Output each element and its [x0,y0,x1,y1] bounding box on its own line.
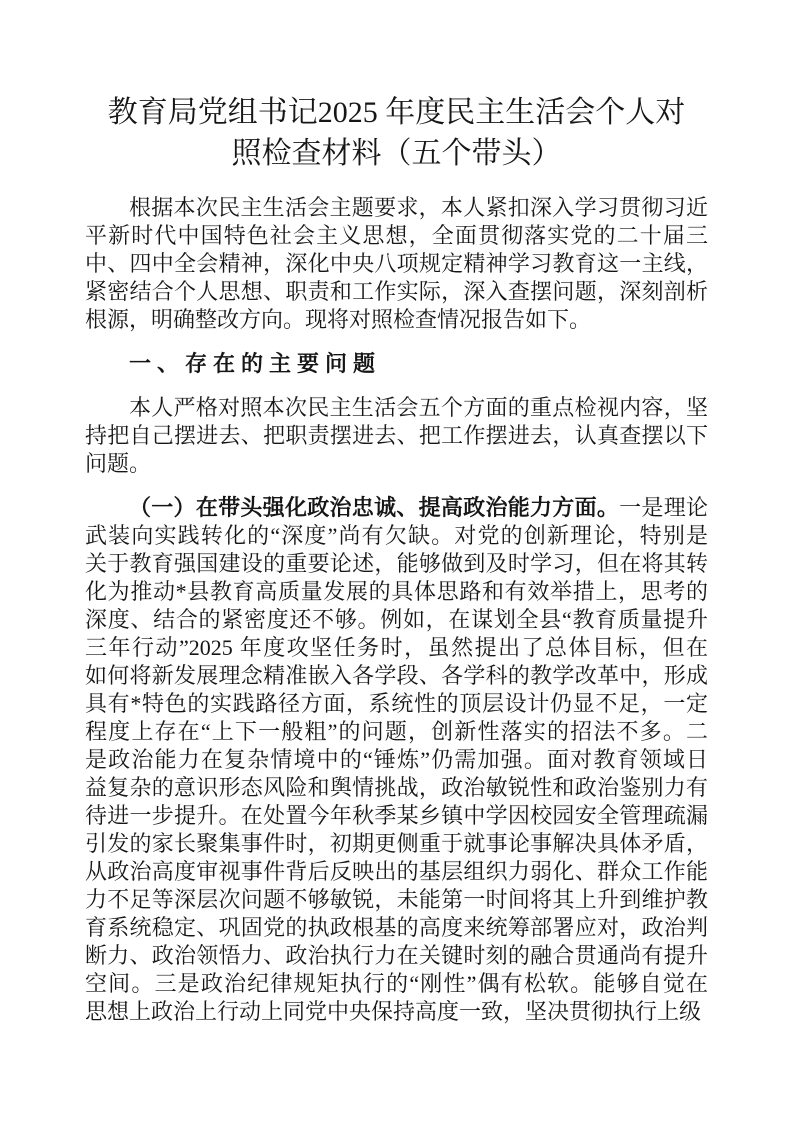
text-line: 平新时代中国特色社会主义思想，全面贯彻落实党的二十届三 [85,222,708,250]
text-line: 关于教育强国建设的重要论述，能够做到及时学习，但在将其转 [85,550,708,578]
text-line: 中、四中全会精神，深化中央八项规定精神学习教育这一主线， [85,250,708,278]
text-line: 深度、结合的紧密度还不够。例如，在谋划全县“教育质量提升 [85,606,708,634]
text-line: 具有*特色的实践路径方面，系统性的顶层设计仍显不足，一定 [85,690,708,718]
section-heading-main-problems: 一、存在的主要问题 [85,350,708,378]
text-line: 如何将新发展理念精准嵌入各学段、各学科的教学改革中，形成 [85,662,708,690]
document-title: 教育局党组书记2025 年度民主生活会个人对 照检查材料（五个带头） [85,92,708,174]
text-line: 力不足等深层次问题不够敏锐，未能第一时间将其上升到维护教 [85,886,708,914]
text-line: 思想上政治上行动上同党中央保持高度一致，坚决贯彻执行上级 [85,998,708,1026]
text-line: 程度上存在“上下一般粗”的问题，创新性落实的招法不多。二 [85,718,708,746]
paragraph-opening: 根据本次民主生活会主题要求，本人紧扣深入学习贯彻习近平新时代中国特色社会主义思想… [85,194,708,334]
text-line: 一、存在的主要问题 [85,350,708,378]
text-line: 是政治能力在复杂情境中的“锤炼”仍需加强。面对教育领域日 [85,746,708,774]
text-line: （一）在带头强化政治忠诚、提高政治能力方面。一是理论 [85,494,708,522]
text-line: 从政治高度审视事件背后反映出的基层组织力弱化、群众工作能 [85,858,708,886]
text-line: 问题。 [85,450,708,478]
text-line: 武装向实践转化的“深度”尚有欠缺。对党的创新理论，特别是 [85,522,708,550]
text-line: 持把自己摆进去、把职责摆进去、把工作摆进去，认真查摆以下 [85,422,708,450]
title-line: 照检查材料（五个带头） [85,133,708,174]
text-line: 根据本次民主生活会主题要求，本人紧扣深入学习贯彻习近 [85,194,708,222]
paragraph-political-loyalty: （一）在带头强化政治忠诚、提高政治能力方面。一是理论武装向实践转化的“深度”尚有… [85,494,708,1026]
text-line: 断力、政治领悟力、政治执行力在关键时刻的融合贯通尚有提升 [85,942,708,970]
document-page: 教育局党组书记2025 年度民主生活会个人对 照检查材料（五个带头） 根据本次民… [0,0,793,1121]
text-line: 三年行动”2025 年度攻坚任务时，虽然提出了总体目标，但在 [85,634,708,662]
text-line: 引发的家长聚集事件时，初期更侧重于就事论事解决具体矛盾， [85,830,708,858]
text-line: 空间。三是政治纪律规矩执行的“刚性”偶有松软。能够自觉在 [85,970,708,998]
text-line: 育系统稳定、巩固党的执政根基的高度来统筹部署应对，政治判 [85,914,708,942]
text-line: 根源，明确整改方向。现将对照检查情况报告如下。 [85,306,708,334]
text-line: 益复杂的意识形态风险和舆情挑战，政治敏锐性和政治鉴别力有 [85,774,708,802]
title-line: 教育局党组书记2025 年度民主生活会个人对 [85,92,708,133]
paragraph-self-examination: 本人严格对照本次民主生活会五个方面的重点检视内容，坚持把自己摆进去、把职责摆进去… [85,394,708,478]
text-line: 待进一步提升。在处置今年秋季某乡镇中学因校园安全管理疏漏 [85,802,708,830]
text-line: 紧密结合个人思想、职责和工作实际，深入查摆问题，深刻剖析 [85,278,708,306]
text-line: 本人严格对照本次民主生活会五个方面的重点检视内容，坚 [85,394,708,422]
bold-lead-text: （一）在带头强化政治忠诚、提高政治能力方面。 [129,495,619,520]
text-line: 化为推动*县教育高质量发展的具体思路和有效举措上，思考的 [85,578,708,606]
